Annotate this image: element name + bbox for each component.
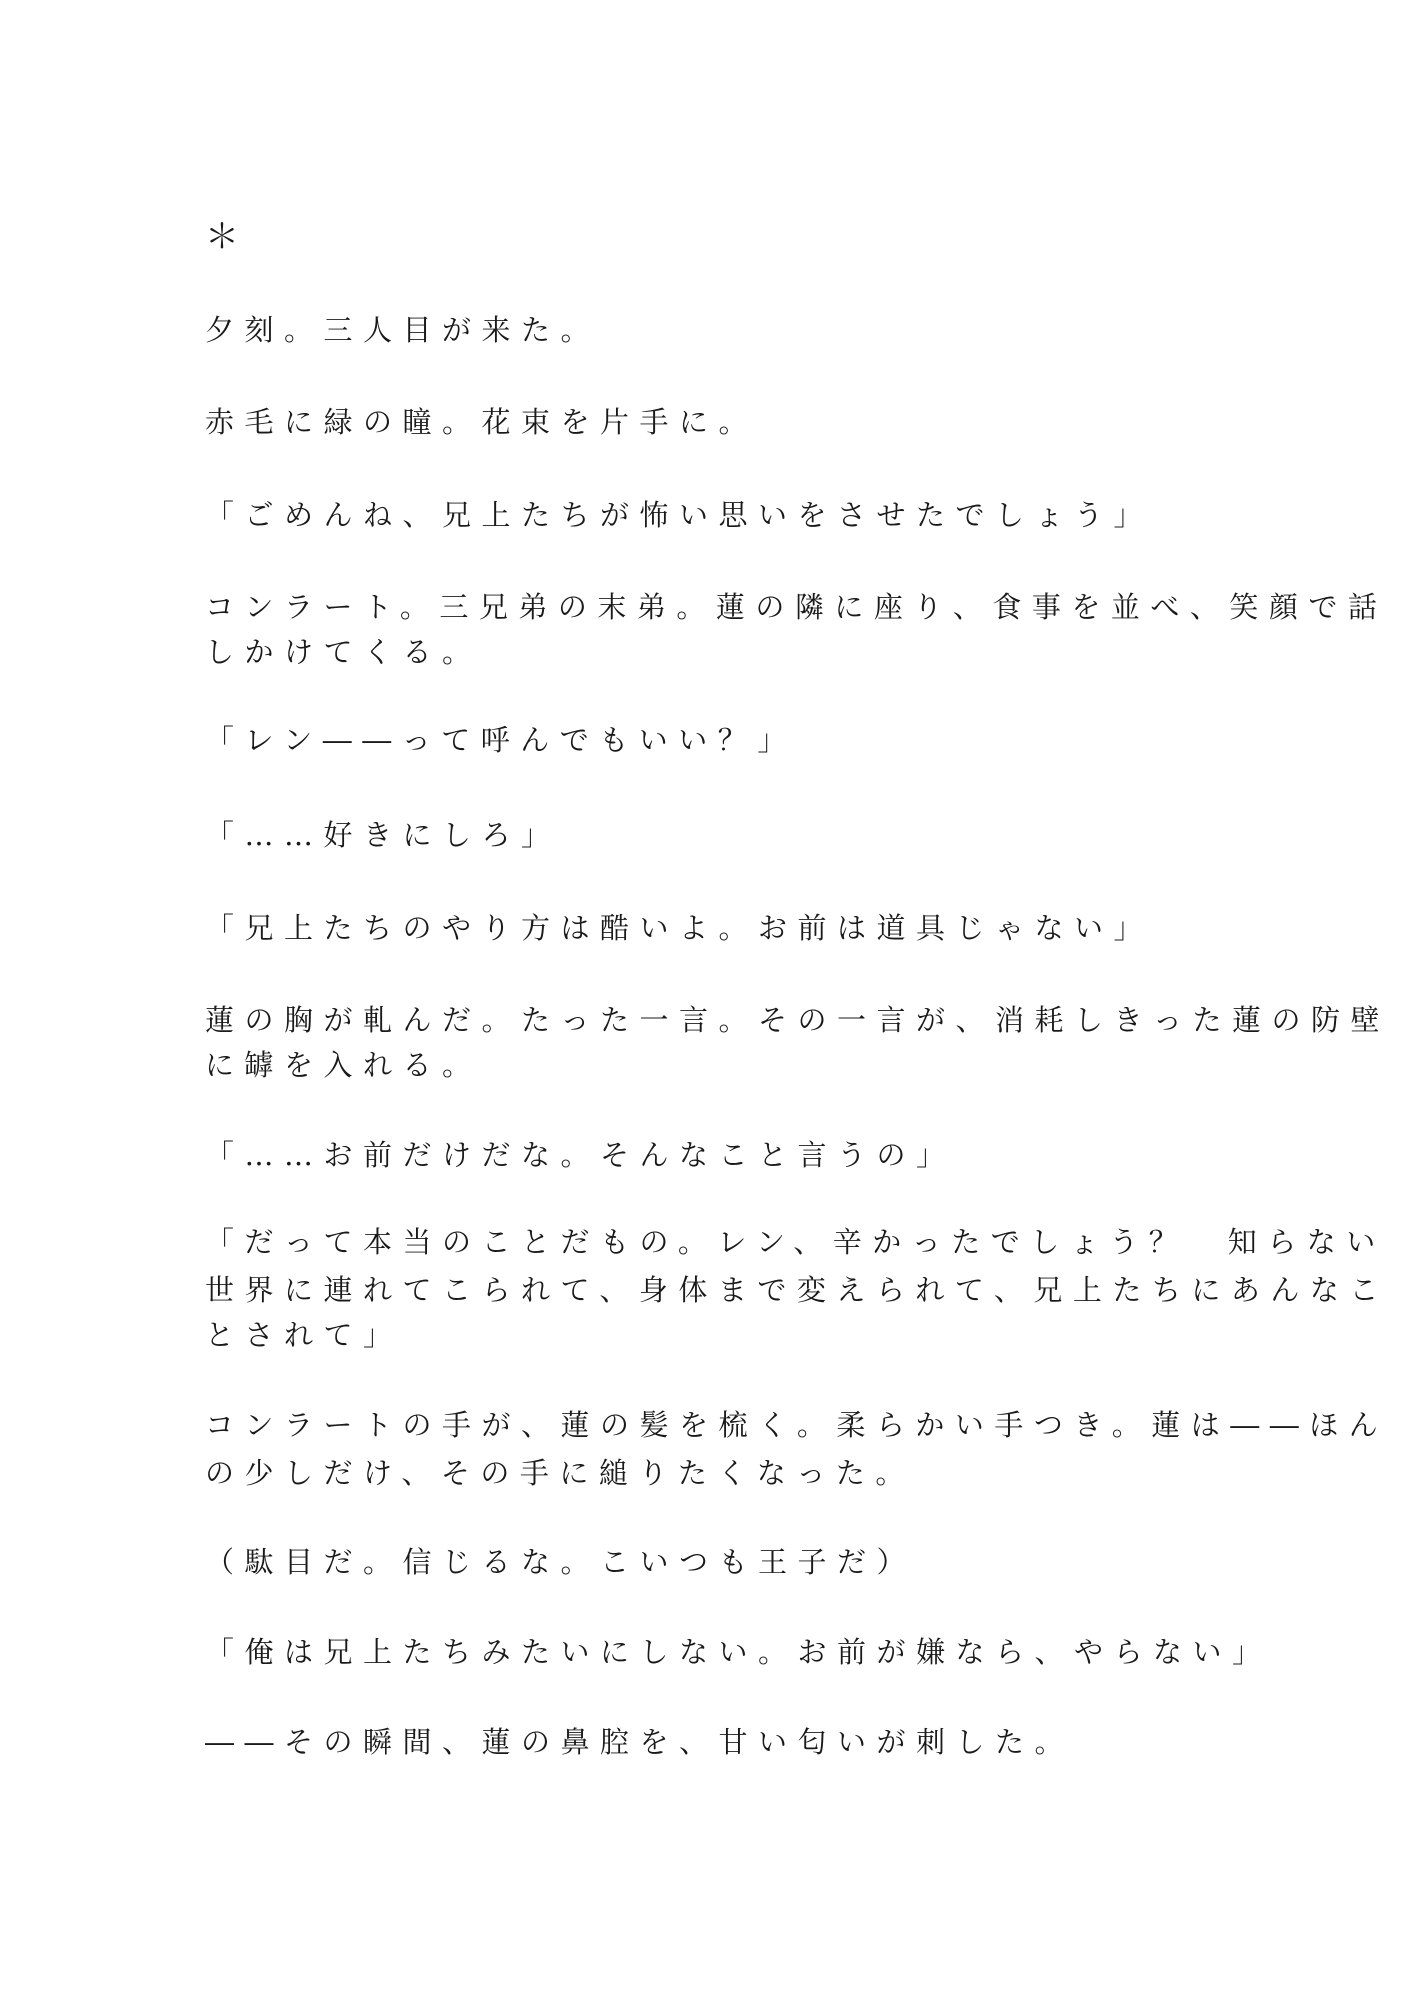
text-line: 赤毛に緑の瞳。花束を片手に。 [205, 399, 758, 445]
novel-page: ＊ 夕刻。三人目が来た。 赤毛に緑の瞳。花束を片手に。 「ごめんね、兄上たちが怖… [0, 0, 1415, 2000]
text-line: 「俺は兄上たちみたいにしない。お前が嫌なら、やらない」 [205, 1629, 1272, 1675]
text-line: 「兄上たちのやり方は酷いよ。お前は道具じゃない」 [205, 905, 1153, 951]
text-line: 「……お前だけだな。そんなこと言うの」 [205, 1132, 956, 1178]
text-line: 蓮の胸が軋んだ。たった一言。その一言が、消耗しきった蓮の防壁 [205, 997, 1390, 1043]
text-line: （駄目だ。信じるな。こいつも王子だ） [205, 1539, 916, 1585]
text-line: 「だって本当のことだもの。レン、辛かったでしょう？ 知らない [205, 1219, 1386, 1265]
text-line: 「レン――って呼んでもいい？」 [205, 717, 797, 763]
scene-break-asterisk: ＊ [205, 214, 239, 260]
text-line: 「ごめんね、兄上たちが怖い思いをさせたでしょう」 [205, 492, 1153, 538]
text-line: 「……好きにしろ」 [205, 812, 561, 858]
text-line: とされて」 [205, 1312, 403, 1358]
text-line: 世界に連れてこられて、身体まで変えられて、兄上たちにあんなこ [205, 1267, 1389, 1313]
text-line: の少しだけ、その手に縋りたくなった。 [205, 1450, 915, 1496]
text-line: コンラートの手が、蓮の髪を梳く。柔らかい手つき。蓮は――ほん [205, 1402, 1388, 1448]
text-line: しかけてくる。 [205, 629, 482, 675]
text-line: に罅を入れる。 [205, 1042, 482, 1088]
text-line: 夕刻。三人目が来た。 [205, 307, 600, 353]
text-line: ――その瞬間、蓮の鼻腔を、甘い匂いが刺した。 [205, 1719, 1074, 1765]
text-line: コンラート。三兄弟の末弟。蓮の隣に座り、食事を並べ、笑顔で話 [205, 584, 1387, 630]
